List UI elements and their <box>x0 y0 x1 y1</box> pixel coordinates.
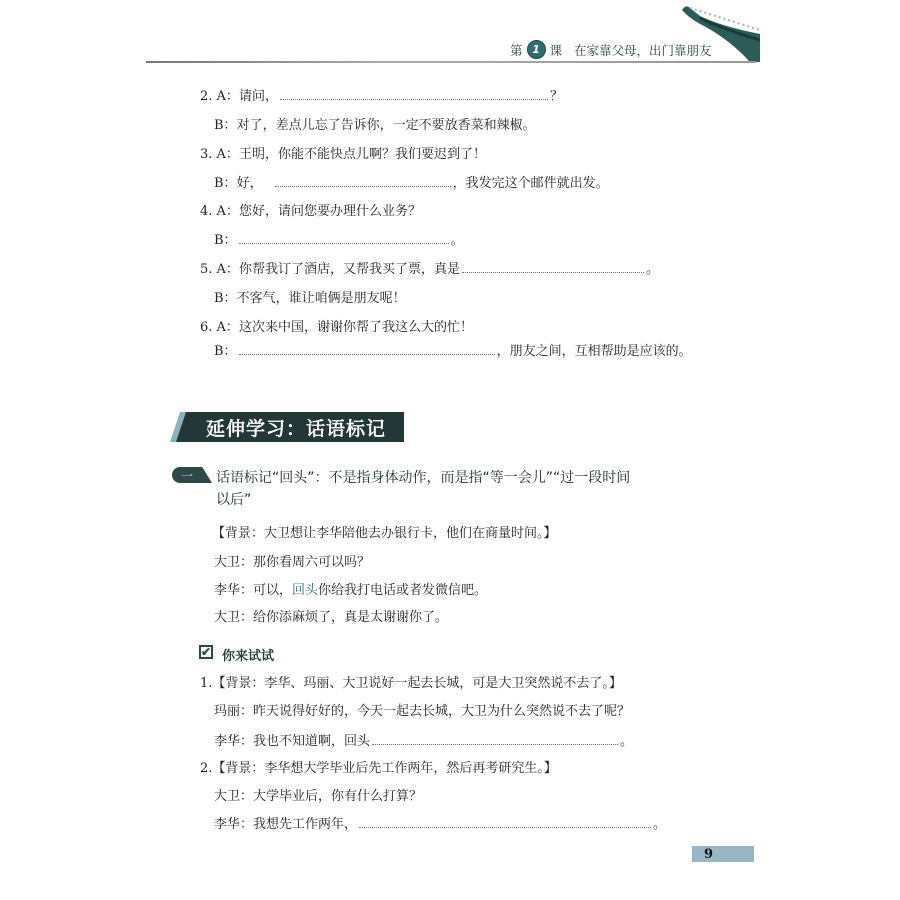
example-line-2: 李华： 可以， 回头 你给我打电话或者发微信吧。 <box>214 579 487 598</box>
answer-blank[interactable] <box>359 815 651 828</box>
dialogue-text: 我想先工作两年， <box>253 813 357 832</box>
subheading-line-1: 话语标记“回头”：不是指身体动作，而是指“等一会儿”“过一段时间 <box>216 467 630 487</box>
speaker-label: B： <box>214 287 237 306</box>
exercise-4-a: 4. A： 您好，请问您要办理什么业务？ <box>200 200 421 219</box>
try-item-2-background: 2.【背景：李华想大学毕业后先工作两年，然后再考研究生。】 <box>200 757 557 776</box>
answer-blank[interactable] <box>280 87 548 100</box>
lesson-title: 在家靠父母，出门靠朋友 <box>574 41 712 59</box>
punctuation: 。 <box>451 229 464 248</box>
exercise-2-b: B： 对了，差点儿忘了告诉你，一定不要放香菜和辣椒。 <box>214 114 536 133</box>
punctuation: 。 <box>653 813 666 832</box>
speaker-label: B： <box>214 172 237 191</box>
speaker-label: 3. A： <box>200 143 239 162</box>
exercise-3-a: 3. A： 王明，你能不能快点儿啊？我们要迟到了！ <box>200 143 486 162</box>
example-line-3: 大卫： 给你添麻烦了，真是太谢谢你了。 <box>214 606 448 625</box>
try-item-2-line-2: 李华： 我想先工作两年， 。 <box>214 813 666 832</box>
speaker-label: 2. A： <box>200 85 239 104</box>
background-text: 1.【背景：李华、玛丽、大卫说好一起去长城，可是大卫突然说不去了。】 <box>200 672 622 691</box>
dialogue-text: 王明，你能不能快点儿啊？我们要迟到了！ <box>239 143 486 162</box>
dialogue-text: ，我发完这个邮件就出发。 <box>453 172 609 191</box>
try-it-label: 你来试试 <box>222 645 274 664</box>
checkmark-icon: ✔ <box>199 645 213 659</box>
dialogue-text: 你帮我订了酒店，又帮我买了票，真是 <box>239 258 460 277</box>
exercise-5-a: 5. A： 你帮我订了酒店，又帮我买了票，真是 。 <box>200 258 659 277</box>
answer-blank[interactable] <box>239 231 449 244</box>
try-item-2-line-1: 大卫： 大学毕业后，你有什么打算？ <box>214 785 422 804</box>
speaker-label: B： <box>214 114 237 133</box>
highlighted-marker: 回头 <box>292 579 318 598</box>
try-item-1-line-1: 玛丽： 昨天说得好好的，今天一起去长城，大卫为什么突然说不去了呢？ <box>214 700 630 719</box>
item-number-badge: 一 <box>172 467 202 483</box>
header-divider <box>146 61 756 63</box>
example-line-1: 大卫： 那你看周六可以吗？ <box>214 551 370 570</box>
exercise-2-a: 2. A： 请问， ？ <box>200 85 563 104</box>
answer-blank[interactable] <box>239 342 495 355</box>
dialogue-text: 给你添麻烦了，真是太谢谢你了。 <box>253 606 448 625</box>
dialogue-text: 对了，差点儿忘了告诉你，一定不要放香菜和辣椒。 <box>237 114 536 133</box>
background-text: 2.【背景：李华想大学毕业后先工作两年，然后再考研究生。】 <box>200 757 557 776</box>
dialogue-text: 不客气，谁让咱俩是朋友呢！ <box>237 287 406 306</box>
speaker-label: 4. A： <box>200 200 239 219</box>
background-text: 【背景：大卫想让李华陪他去办银行卡，他们在商量时间。】 <box>212 522 557 541</box>
dialogue-text: 请问， <box>239 85 278 104</box>
dialogue-text: 那你看周六可以吗？ <box>253 551 370 570</box>
answer-blank[interactable] <box>275 174 451 187</box>
exercise-4-b: B： 。 <box>214 229 464 248</box>
lesson-number-badge: 1 <box>527 40 546 59</box>
example-background: 【背景：大卫想让李华陪他去办银行卡，他们在商量时间。】 <box>212 522 557 541</box>
exercise-6-b: B： ，朋友之间，互相帮助是应该的。 <box>214 340 692 359</box>
speaker-label: B： <box>214 229 237 248</box>
speaker-label: B： <box>214 340 237 359</box>
exercise-3-b: B： 好， ，我发完这个邮件就出发。 <box>214 172 609 191</box>
punctuation: ？ <box>550 85 563 104</box>
answer-blank[interactable] <box>462 260 644 273</box>
speaker-label: 大卫： <box>214 785 253 804</box>
speaker-label: 6. A： <box>200 316 239 335</box>
dialogue-text: 我也不知道啊，回头 <box>253 730 370 749</box>
dialogue-text: 这次来中国，谢谢你帮了我这么大的忙！ <box>239 316 473 335</box>
speaker-label: 李华： <box>214 730 253 749</box>
speaker-label: 玛丽： <box>214 700 253 719</box>
try-item-1-background: 1.【背景：李华、玛丽、大卫说好一起去长城，可是大卫突然说不去了。】 <box>200 672 622 691</box>
speaker-label: 李华： <box>214 579 253 598</box>
dialogue-text: 昨天说得好好的，今天一起去长城，大卫为什么突然说不去了呢？ <box>253 700 630 719</box>
punctuation: 。 <box>620 730 633 749</box>
exercise-6-a: 6. A： 这次来中国，谢谢你帮了我这么大的忙！ <box>200 316 473 335</box>
lesson-suffix: 课 <box>550 41 563 59</box>
dialogue-text: 大学毕业后，你有什么打算？ <box>253 785 422 804</box>
section-title-banner: 延伸学习：话语标记 <box>176 412 404 442</box>
dialogue-text: 您好，请问您要办理什么业务？ <box>239 200 421 219</box>
speaker-label: 5. A： <box>200 258 239 277</box>
exercise-5-b: B： 不客气，谁让咱俩是朋友呢！ <box>214 287 406 306</box>
try-item-1-line-2: 李华： 我也不知道啊，回头 。 <box>214 730 633 749</box>
speaker-label: 李华： <box>214 813 253 832</box>
answer-blank[interactable] <box>372 732 618 745</box>
subheading-line-2: 以后” <box>216 489 251 509</box>
speaker-label: 大卫： <box>214 551 253 570</box>
dialogue-text: 好， <box>237 172 263 191</box>
lesson-prefix: 第 <box>510 41 523 59</box>
dialogue-text: ，朋友之间，互相帮助是应该的。 <box>497 340 692 359</box>
punctuation: 。 <box>646 258 659 277</box>
dialogue-text: 你给我打电话或者发微信吧。 <box>318 579 487 598</box>
lesson-header: 第 1 课 在家靠父母，出门靠朋友 <box>510 40 712 59</box>
dialogue-text: 可以， <box>253 579 292 598</box>
page-number: 9 <box>692 846 754 862</box>
speaker-label: 大卫： <box>214 606 253 625</box>
